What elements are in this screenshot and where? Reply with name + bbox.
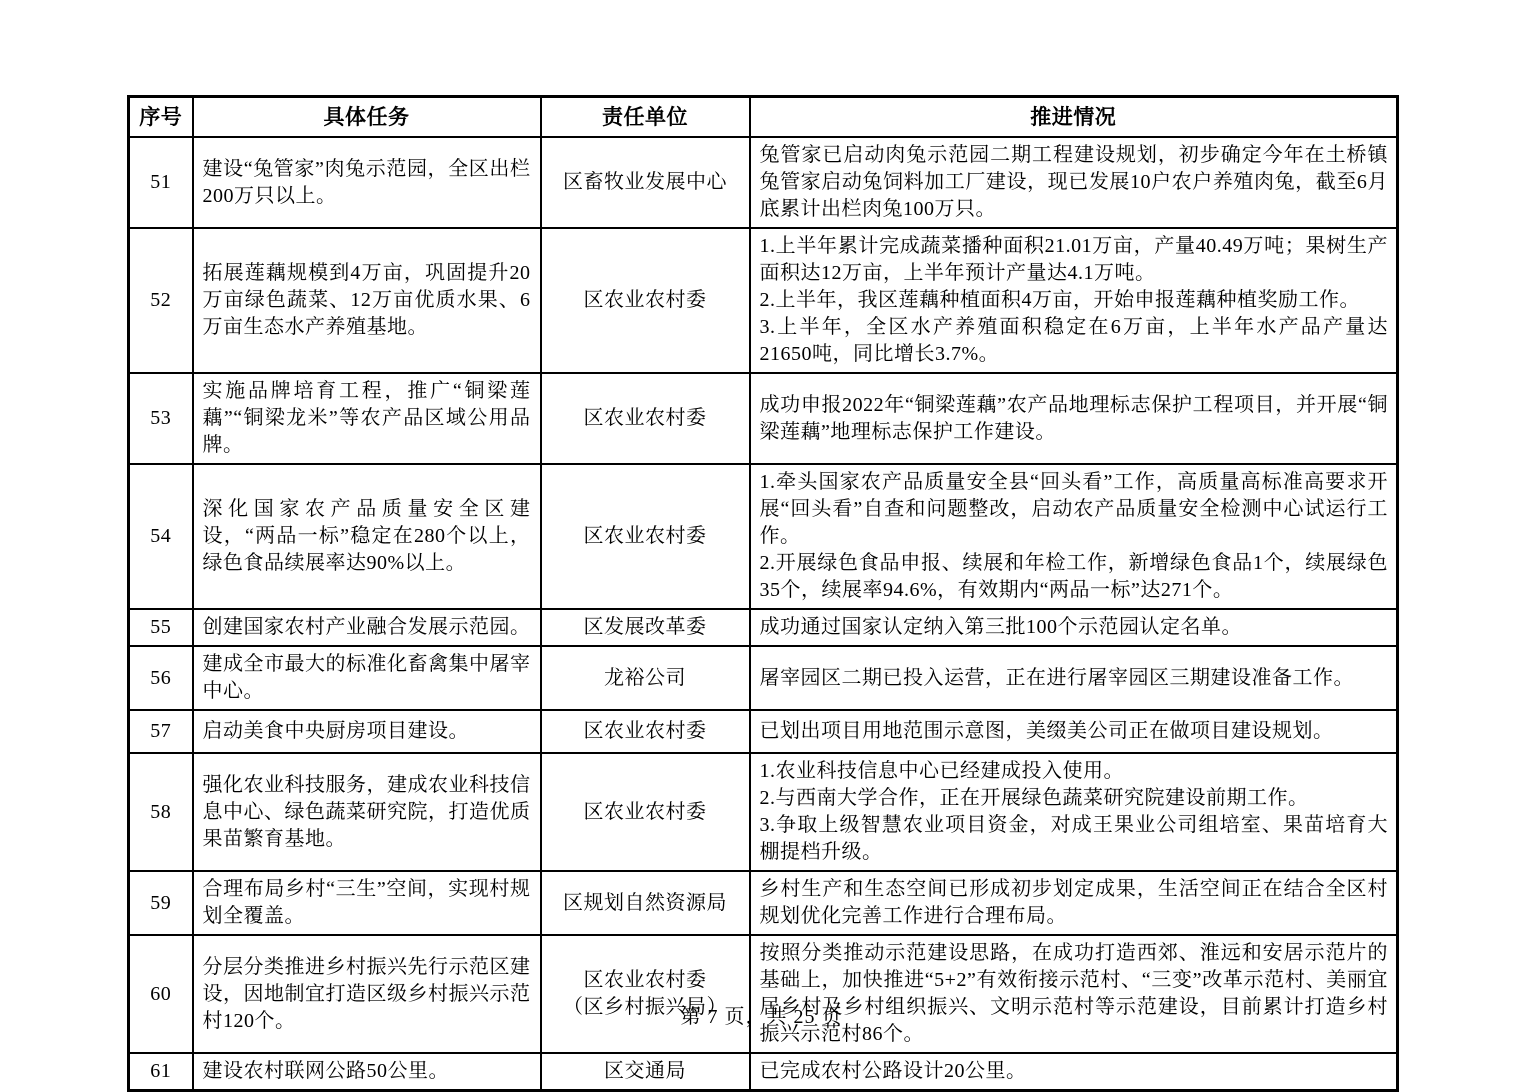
progress-cell: 1.牵头国家农产品质量安全县“回头看”工作，高质量高标准高要求开展“回头看”自查… xyxy=(750,464,1398,609)
task-cell: 强化农业科技服务，建成农业科技信息中心、绿色蔬菜研究院，打造优质果苗繁育基地。 xyxy=(193,753,541,871)
table-row-59: 59 合理布局乡村“三生”空间，实现村规划全覆盖。 区规划自然资源局 乡村生产和… xyxy=(129,871,1398,935)
progress-cell: 成功申报2022年“铜梁莲藕”农产品地理标志保护工程项目，并开展“铜梁莲藕”地理… xyxy=(750,373,1398,464)
progress-cell: 成功通过国家认定纳入第三批100个示范园认定名单。 xyxy=(750,609,1398,646)
progress-cell: 按照分类推动示范建设思路，在成功打造西郊、淮远和安居示范片的基础上，加快推进“5… xyxy=(750,935,1398,1053)
row-number: 51 xyxy=(129,137,193,228)
unit-cell: 区农业农村委 xyxy=(541,464,750,609)
row-number: 57 xyxy=(129,710,193,753)
task-cell: 分层分类推进乡村振兴先行示范区建设，因地制宜打造区级乡村振兴示范村120个。 xyxy=(193,935,541,1053)
header-task: 具体任务 xyxy=(193,97,541,138)
header-seq-no: 序号 xyxy=(129,97,193,138)
table-row-51: 51 建设“兔管家”肉兔示范园，全区出栏200万只以上。 区畜牧业发展中心 兔管… xyxy=(129,137,1398,228)
document-page: 序号 具体任务 责任单位 推进情况 51 建设“兔管家”肉兔示范园，全区出栏20… xyxy=(0,0,1520,1074)
table-header-row: 序号 具体任务 责任单位 推进情况 xyxy=(129,97,1398,138)
table-row-53: 53 实施品牌培育工程，推广“铜梁莲藕”“铜梁龙米”等农产品区域公用品牌。 区农… xyxy=(129,373,1398,464)
task-cell: 建成全市最大的标准化畜禽集中屠宰中心。 xyxy=(193,646,541,710)
header-progress: 推进情况 xyxy=(750,97,1398,138)
task-table: 序号 具体任务 责任单位 推进情况 51 建设“兔管家”肉兔示范园，全区出栏20… xyxy=(127,95,1399,1092)
row-number: 53 xyxy=(129,373,193,464)
table-row-56: 56 建成全市最大的标准化畜禽集中屠宰中心。 龙裕公司 屠宰园区二期已投入运营，… xyxy=(129,646,1398,710)
task-cell: 创建国家农村产业融合发展示范园。 xyxy=(193,609,541,646)
progress-cell: 1.农业科技信息中心已经建成投入使用。 2.与西南大学合作，正在开展绿色蔬菜研究… xyxy=(750,753,1398,871)
progress-cell: 乡村生产和生态空间已形成初步划定成果，生活空间正在结合全区村规划优化完善工作进行… xyxy=(750,871,1398,935)
page-footer: 第 7 页，共 25 页 xyxy=(127,1000,1396,1029)
unit-cell: 区规划自然资源局 xyxy=(541,871,750,935)
table-row-58: 58 强化农业科技服务，建成农业科技信息中心、绿色蔬菜研究院，打造优质果苗繁育基… xyxy=(129,753,1398,871)
task-cell: 拓展莲藕规模到4万亩，巩固提升20万亩绿色蔬菜、12万亩优质水果、6万亩生态水产… xyxy=(193,228,541,373)
unit-cell: 区农业农村委 xyxy=(541,373,750,464)
table-row-54: 54 深化国家农产品质量安全区建设，“两品一标”稳定在280个以上，绿色食品续展… xyxy=(129,464,1398,609)
table-row-57: 57 启动美食中央厨房项目建设。 区农业农村委 已划出项目用地范围示意图，美缀美… xyxy=(129,710,1398,753)
task-cell: 启动美食中央厨房项目建设。 xyxy=(193,710,541,753)
unit-cell: 区农业农村委 xyxy=(541,753,750,871)
progress-cell: 已划出项目用地范围示意图，美缀美公司正在做项目建设规划。 xyxy=(750,710,1398,753)
unit-cell: 区农业农村委 xyxy=(541,228,750,373)
table-row-60: 60 分层分类推进乡村振兴先行示范区建设，因地制宜打造区级乡村振兴示范村120个… xyxy=(129,935,1398,1053)
row-number: 61 xyxy=(129,1053,193,1091)
table-row-55: 55 创建国家农村产业融合发展示范园。 区发展改革委 成功通过国家认定纳入第三批… xyxy=(129,609,1398,646)
task-cell: 合理布局乡村“三生”空间，实现村规划全覆盖。 xyxy=(193,871,541,935)
task-cell: 深化国家农产品质量安全区建设，“两品一标”稳定在280个以上，绿色食品续展率达9… xyxy=(193,464,541,609)
row-number: 54 xyxy=(129,464,193,609)
row-number: 56 xyxy=(129,646,193,710)
progress-cell: 1.上半年累计完成蔬菜播种面积21.01万亩，产量40.49万吨；果树生产面积达… xyxy=(750,228,1398,373)
progress-cell: 屠宰园区二期已投入运营，正在进行屠宰园区三期建设准备工作。 xyxy=(750,646,1398,710)
header-unit: 责任单位 xyxy=(541,97,750,138)
unit-cell: 区交通局 xyxy=(541,1053,750,1091)
unit-cell: 区农业农村委 xyxy=(541,710,750,753)
unit-cell: 区畜牧业发展中心 xyxy=(541,137,750,228)
task-cell: 实施品牌培育工程，推广“铜梁莲藕”“铜梁龙米”等农产品区域公用品牌。 xyxy=(193,373,541,464)
progress-cell: 已完成农村公路设计20公里。 xyxy=(750,1053,1398,1091)
progress-cell: 兔管家已启动肉兔示范园二期工程建设规划，初步确定今年在土桥镇兔管家启动兔饲料加工… xyxy=(750,137,1398,228)
task-cell: 建设“兔管家”肉兔示范园，全区出栏200万只以上。 xyxy=(193,137,541,228)
unit-cell: 区发展改革委 xyxy=(541,609,750,646)
unit-cell: 龙裕公司 xyxy=(541,646,750,710)
table-row-61: 61 建设农村联网公路50公里。 区交通局 已完成农村公路设计20公里。 xyxy=(129,1053,1398,1091)
row-number: 52 xyxy=(129,228,193,373)
row-number: 59 xyxy=(129,871,193,935)
row-number: 60 xyxy=(129,935,193,1053)
table-row-52: 52 拓展莲藕规模到4万亩，巩固提升20万亩绿色蔬菜、12万亩优质水果、6万亩生… xyxy=(129,228,1398,373)
row-number: 55 xyxy=(129,609,193,646)
unit-cell: 区农业农村委 （区乡村振兴局） xyxy=(541,935,750,1053)
task-cell: 建设农村联网公路50公里。 xyxy=(193,1053,541,1091)
row-number: 58 xyxy=(129,753,193,871)
